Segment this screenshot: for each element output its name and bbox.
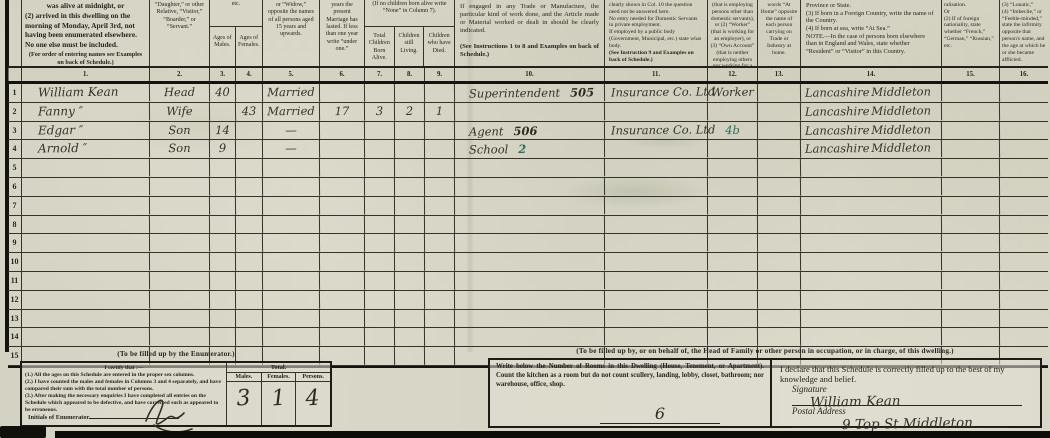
cell-died [425,291,455,309]
cell-years [320,253,365,271]
ages-header-top: etc. [210,0,262,26]
cell-employment [708,215,758,233]
cell-marriage [263,234,320,252]
cell-age_f [236,159,263,177]
cell-num: 12 [8,291,22,309]
cell-age_m [210,159,236,177]
column-number: 10. [455,68,605,81]
householder-section-heading: (To be filled up by, or on behalf of, th… [488,347,1042,355]
cell-occupation [455,252,605,271]
industry-header-note1: No entry needed for Domestic Servants in… [609,16,697,29]
cell-relationship [150,159,210,177]
cell-born: 3 [365,103,395,121]
birth-county-handwriting: Lancashire [805,140,870,158]
cell-relationship [150,272,210,290]
cell-occupation [455,309,605,328]
cell-relationship: Son [150,140,210,158]
cell-birthplace: LancashireMiddleton [801,102,942,121]
cell-employment: Worker [708,84,758,102]
cell-birthplace [801,290,942,309]
cell-occupation [455,215,605,234]
cell-marriage: — [263,121,320,139]
cell-relationship [150,234,210,252]
cell-born [365,178,395,196]
cell-industry [605,234,708,253]
cell-nationality [942,121,1000,139]
cell-name: William Kean [22,83,150,102]
birth-county-handwriting: Lancashire [805,122,870,140]
table-row: 12 [8,291,1048,310]
cell-born [365,234,395,252]
ages-column-header: etc. Ages of Males. Ages of Females. [210,0,263,66]
cell-nationality [942,178,1000,196]
cell-occupation [455,234,605,253]
nationality-header-line1: ralisation. [944,2,966,8]
cell-nationality [942,196,1000,214]
table-row: 8 [8,216,1048,235]
table-row: 9 [8,234,1048,253]
cell-birthplace [801,271,942,290]
cell-died [425,140,455,158]
instruction-line: was alive at midnight, or [25,1,146,10]
cell-name: Edgar ″ [22,121,150,140]
cell-died: 1 [425,103,455,121]
cell-years [320,197,365,215]
cell-living [395,291,425,309]
cell-died [425,347,455,365]
cell-age_f [236,272,263,290]
cell-marriage: — [263,140,320,158]
cell-living [395,347,425,365]
schedule-table: was alive at midnight, or (2) arrived in… [8,0,1048,368]
column-number: 4. [236,68,263,81]
cell-name [22,290,150,309]
enumerator-totals-table: Total. Males. 3 Females. 1 Persons. 4 [227,363,330,425]
cell-age_m [210,215,236,233]
occupation-header-text: If engaged in any Trade or Manufacture, … [460,3,599,34]
cell-marriage [263,272,320,290]
declaration-text: I declare that this Schedule is correctl… [780,364,1032,384]
years-married-column-header: years the present Marriage has lasted. I… [320,0,365,66]
cell-birthplace: LancashireMiddleton [801,140,942,159]
rooms-instructions: Write below the Number of Rooms in this … [496,363,764,389]
cell-industry [605,290,708,309]
cell-athome [758,234,801,252]
cell-occupation [455,328,605,347]
birth-town-handwriting: Middleton [871,140,931,158]
cell-born [365,140,395,158]
cell-years [320,178,365,196]
cell-athome [758,159,801,177]
cell-born [365,84,395,102]
cell-birthplace [801,196,942,215]
cell-occupation [455,290,605,309]
table-row: 7 [8,197,1048,216]
census-schedule-scan: was alive at midnight, or (2) arrived in… [0,0,1050,438]
cell-num: 11 [8,272,22,290]
cell-marriage [263,290,320,308]
cell-age_f [236,215,263,233]
cell-nationality [942,102,1000,120]
cell-athome [758,84,801,102]
table-row: 5 [8,159,1048,178]
cell-age_f [236,309,263,327]
rooms-panel: Write below the Number of Rooms in this … [490,360,772,426]
cell-marriage [263,159,320,177]
children-header-top: (If no children born alive write “None” … [365,0,454,26]
cell-living [395,178,425,196]
cell-nationality [942,253,1000,271]
cell-nationality [942,272,1000,290]
birth-town-handwriting: Middleton [871,102,931,120]
cell-age_m [210,178,236,196]
cell-died [425,215,455,233]
certify-intro: I certify that :— [25,365,223,372]
table-row: 10 [8,253,1048,272]
cell-num: 14 [8,328,22,346]
cell-birthplace: LancashireMiddleton [801,121,942,140]
children-died-header: Children who have Died. [424,27,454,66]
cell-age_f [236,84,263,102]
cell-industry [605,215,708,234]
cell-num: 6 [8,178,22,196]
cell-nationality [942,290,1000,308]
cell-infirmity [1000,215,1048,233]
totals-females-value: 1 [260,381,297,426]
cell-years [320,121,365,139]
cell-living [395,328,425,346]
cell-relationship [150,309,210,327]
column-number: 3. [210,68,236,81]
cell-infirmity [1000,197,1048,215]
industry-header-text: clearly shown in Col. 10 the question ne… [609,2,692,15]
name-column-header: was alive at midnight, or (2) arrived in… [22,0,150,66]
cell-infirmity [1000,253,1048,271]
nationality-column-header: ralisation. Or (2) If of foreign nationa… [942,0,1000,66]
occupation-header-note: (See Instructions 1 to 8 and Examples on… [460,43,599,58]
totals-title: Total. [227,363,330,373]
cell-age_f [236,253,263,271]
cell-age_f [236,140,263,158]
cell-nationality [942,159,1000,177]
cell-years: 17 [320,103,365,121]
cell-num: 10 [8,253,22,271]
cell-marriage [263,309,320,327]
cell-infirmity [1000,272,1048,290]
cell-living [395,159,425,177]
cell-living [395,309,425,327]
table-row: 4Arnold ″Son9—School2LancashireMiddleton [8,140,1048,159]
cell-age_m: 9 [210,140,236,158]
cell-marriage [263,253,320,271]
cell-num: 13 [8,310,22,328]
signature-label: Signature [792,384,827,394]
cell-infirmity [1000,140,1048,158]
cell-birthplace [801,158,942,177]
totals-persons-value: 4 [295,381,332,426]
column-number-strip: 1. 2. 3. 4. 5. 6. 7. 8. 9. 10. 11. 12. 1… [8,66,1048,84]
cell-athome [758,140,801,158]
children-born-header: Total Children Born Alive. [365,27,395,66]
cell-num: 3 [8,122,22,140]
bottom-left-mark [0,426,46,438]
column-number: 9. [425,68,455,81]
cell-industry [605,253,708,272]
occupation-handwriting: School [469,142,508,158]
occupation-code-mark: 505 [570,84,594,100]
column-number: 5. [263,68,320,81]
cell-died [425,121,455,139]
table-row: 1William KeanHead40MarriedSuperintendent… [8,84,1048,103]
totals-persons-column: Persons. 4 [296,373,330,425]
infirmity-header-line3: state the infirmity opposite that person… [1002,22,1045,62]
certify-item-1: (1.) All the ages on this Schedule are e… [25,372,223,379]
cell-infirmity [1000,121,1048,139]
cell-marriage [263,196,320,214]
cell-industry [605,271,708,290]
cell-name [22,253,150,272]
column-number: 1. [22,68,150,81]
cell-died [425,328,455,346]
table-row: 11 [8,272,1048,291]
cell-name [22,271,150,290]
cell-infirmity [1000,309,1048,327]
cell-occupation [455,158,605,177]
children-column-header: (If no children born alive write “None” … [365,0,455,66]
initials-label: Initials of Enumerator [28,414,89,421]
cell-name [22,196,150,215]
cell-age_f [236,121,263,139]
column-number [8,68,22,81]
cell-employment [708,103,758,121]
cell-born [365,215,395,233]
cell-age_f [236,178,263,196]
cell-nationality [942,328,1000,346]
occupation-handwriting: Superintendent [469,85,560,102]
table-row: 6 [8,178,1048,197]
marriage-column-header: or “Widow,” opposite the names of all pe… [263,0,320,66]
cell-died [425,234,455,252]
cell-age_m: 40 [210,84,236,102]
cell-birthplace [801,328,942,347]
cell-employment: 4b [708,121,758,139]
cell-died [425,272,455,290]
cell-infirmity [1000,178,1048,196]
cell-living [395,234,425,252]
cell-num: 1 [8,84,22,102]
birth-county-handwriting: Lancashire [805,84,870,102]
cell-relationship [150,290,210,308]
cell-born [365,197,395,215]
cell-years [320,328,365,346]
occupation-code-mark: 2 [518,141,526,157]
cell-birthplace [801,252,942,271]
cell-num: 9 [8,234,22,252]
cell-age_m [210,253,236,271]
cell-years [320,309,365,327]
cell-infirmity [1000,84,1048,102]
cell-industry: Insurance Co. Ltd [605,83,708,102]
totals-females-column: Females. 1 [262,373,297,425]
cell-age_f [236,234,263,252]
cell-employment [708,178,758,196]
cell-athome [758,272,801,290]
cell-num: 8 [8,216,22,234]
cell-employment [708,140,758,158]
column-number: 14. [801,68,942,81]
athome-column-header: words “At Home” opposite the name of eac… [758,0,801,66]
column-number: 12. [708,68,758,81]
enumerator-certification: I certify that :— (1.) All the ages on t… [22,363,227,425]
infirmity-header-line2: (4) “Imbecile,” or “Feeble-minded,” [1002,9,1042,22]
cell-born [365,309,395,327]
cell-born [365,159,395,177]
cell-infirmity [1000,291,1048,309]
cell-living [395,121,425,139]
column-number: 15. [942,68,1000,81]
occupation-handwriting: Agent [469,123,504,139]
cell-marriage: Married [263,84,320,102]
table-row: 14 [8,328,1048,347]
cell-athome [758,253,801,271]
cell-marriage [263,215,320,233]
postal-address-label: Postal Address [792,406,846,416]
totals-males-column: Males. 3 [227,373,262,425]
cell-age_m [210,309,236,327]
birthplace-header-line3: (4) If born at sea, write “At Sea.” [806,25,890,32]
cell-athome [758,178,801,196]
cell-years [320,159,365,177]
cell-employment [708,234,758,252]
cell-born [365,328,395,346]
cell-years [320,84,365,102]
cell-died [425,178,455,196]
ages-males-header: Ages of Males. [210,27,236,66]
cell-born [365,272,395,290]
infirmity-header-line1: (3) “Lunatic,” [1002,2,1033,8]
cell-years [320,272,365,290]
cell-infirmity [1000,234,1048,252]
cell-birthplace [801,177,942,196]
column-number: 6. [320,68,365,81]
cell-infirmity [1000,328,1048,346]
cell-born [365,253,395,271]
column-number: 8. [395,68,425,81]
birthplace-column-header: Province or State. (3) If born in a Fore… [801,0,942,66]
cell-birthplace [801,234,942,253]
cell-age_m [210,103,236,121]
cell-nationality [942,234,1000,252]
cell-died [425,253,455,271]
cell-age_f: 43 [236,103,263,121]
column-number: 2. [150,68,210,81]
cell-died [425,197,455,215]
rooms-value: 6 [600,404,720,424]
cell-industry [605,159,708,178]
cell-infirmity [1000,159,1048,177]
cell-relationship [150,215,210,233]
cell-occupation: Superintendent505 [455,83,605,102]
cell-years [320,291,365,309]
cell-employment [708,272,758,290]
cell-years [320,140,365,158]
cell-age_m [210,197,236,215]
cell-industry [605,140,708,159]
cell-name [22,309,150,328]
cell-employment [708,291,758,309]
cell-died [425,309,455,327]
cell-age_f [236,328,263,346]
cell-marriage: Married [263,102,320,120]
cell-athome [758,291,801,309]
cell-athome [758,309,801,327]
instruction-line: No one else must be included. [25,40,146,49]
cell-living [395,272,425,290]
cell-occupation: Agent506 [455,121,605,140]
cell-birthplace [801,215,942,234]
cell-industry: Insurance Co. Ltd [605,121,708,140]
cell-name [22,234,150,253]
occupation-column-header: If engaged in any Trade or Manufacture, … [455,0,605,66]
cell-num: 2 [8,103,22,121]
infirmity-column-header: (3) “Lunatic,” (4) “Imbecile,” or “Feebl… [1000,0,1048,66]
declaration-panel: I declare that this Schedule is correctl… [772,360,1040,426]
table-row: 2Fanny ″Wife43Married17321LancashireMidd… [8,103,1048,122]
cell-relationship [150,253,210,271]
cell-living: 2 [395,103,425,121]
cell-name [22,328,150,347]
enumerator-section-heading: (To be filled up by the Enumerator.) [20,350,332,358]
cell-num: 7 [8,197,22,215]
cell-living [395,253,425,271]
cell-relationship: Head [150,84,210,102]
column-headers: was alive at midnight, or (2) arrived in… [8,0,1048,66]
column-number: 7. [365,68,395,81]
cell-age_m [210,272,236,290]
cell-living [395,197,425,215]
industry-header-note3: (See Instruction 9 and Examples on back … [609,50,694,63]
birthplace-header-line2: (3) If born in a Foreign Country, write … [806,10,933,25]
column-number: 13. [758,68,801,81]
cell-industry [605,196,708,215]
column-number: 11. [605,68,708,81]
employment-column-header: (that is employing persons other than do… [708,0,758,66]
birth-town-handwriting: Middleton [871,83,931,101]
cell-name: Arnold ″ [22,140,150,159]
cell-born [365,347,395,365]
cell-num: 5 [8,159,22,177]
cell-employment [708,328,758,346]
cell-infirmity [1000,103,1048,121]
cell-birthplace [801,309,942,328]
cell-years [320,215,365,233]
cell-occupation [455,271,605,290]
cell-age_m [210,291,236,309]
table-row: 3Edgar ″Son14—Agent506Insurance Co. Ltd4… [8,122,1048,141]
cell-nationality [942,84,1000,102]
cell-industry [605,309,708,328]
cell-relationship: Wife [150,102,210,120]
rownum-header [8,0,22,66]
cell-athome [758,121,801,139]
cell-relationship: Son [150,121,210,139]
cell-name [22,159,150,178]
cell-living [395,84,425,102]
householder-box: Write below the Number of Rooms in this … [488,358,1042,428]
industry-header-note2: If employed by a public body (Government… [609,29,701,49]
cell-industry [605,177,708,196]
cell-relationship [150,196,210,214]
